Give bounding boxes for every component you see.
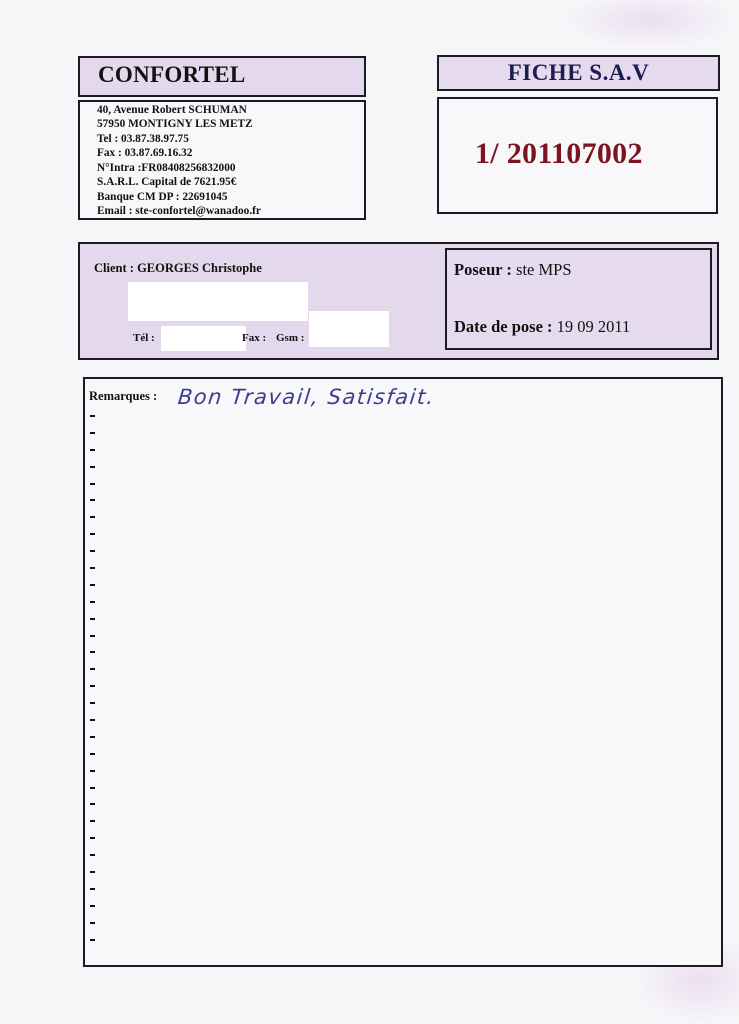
company-tel: Tel : 03.87.38.97.75 [97,132,189,146]
client-label: Client : [94,261,134,275]
company-bank: Banque CM DP : 22691045 [97,190,228,204]
company-info-box: 40, Avenue Robert SCHUMAN 57950 MONTIGNY… [78,100,366,220]
client-line: Client : GEORGES Christophe [94,261,262,276]
fiche-number: 1/ 201107002 [475,137,643,171]
redacted-tel [161,326,246,351]
fiche-number-box: 1/ 201107002 [437,97,718,214]
poseur-line: Poseur : ste MPS [454,260,572,280]
company-vat: N°Intra :FR08408256832000 [97,161,236,175]
fiche-title-box: FICHE S.A.V [437,55,720,91]
remarks-handwritten-text: Bon Travail, Satisfait. [177,385,436,409]
poseur-label: Poseur : [454,260,512,279]
remarks-box: Remarques : Bon Travail, Satisfait. [83,377,723,967]
company-fax: Fax : 03.87.69.16.32 [97,146,192,160]
installation-box: Poseur : ste MPS Date de pose : 19 09 20… [445,248,712,350]
date-label: Date de pose : [454,317,553,336]
client-name: GEORGES Christophe [137,261,262,275]
remarks-label: Remarques : [89,389,157,404]
company-capital: S.A.R.L. Capital de 7621.95€ [97,175,236,189]
company-name-box: CONFORTEL [78,56,366,97]
fiche-title: FICHE S.A.V [439,60,718,86]
date-line: Date de pose : 19 09 2011 [454,317,630,337]
company-city: 57950 MONTIGNY LES METZ [97,117,253,131]
client-box: Client : GEORGES Christophe Tél : Fax : … [78,242,719,360]
redacted-gsm [309,311,389,347]
company-name: CONFORTEL [98,62,246,88]
redacted-address [128,282,308,321]
fax-label: Fax : [242,332,266,344]
company-address: 40, Avenue Robert SCHUMAN [97,103,247,117]
date-value: 19 09 2011 [557,317,631,336]
gsm-label: Gsm : [276,332,304,344]
company-email: Email : ste-confortel@wanadoo.fr [97,204,261,218]
poseur-value: ste MPS [516,260,571,279]
tel-label: Tél : [133,332,155,344]
